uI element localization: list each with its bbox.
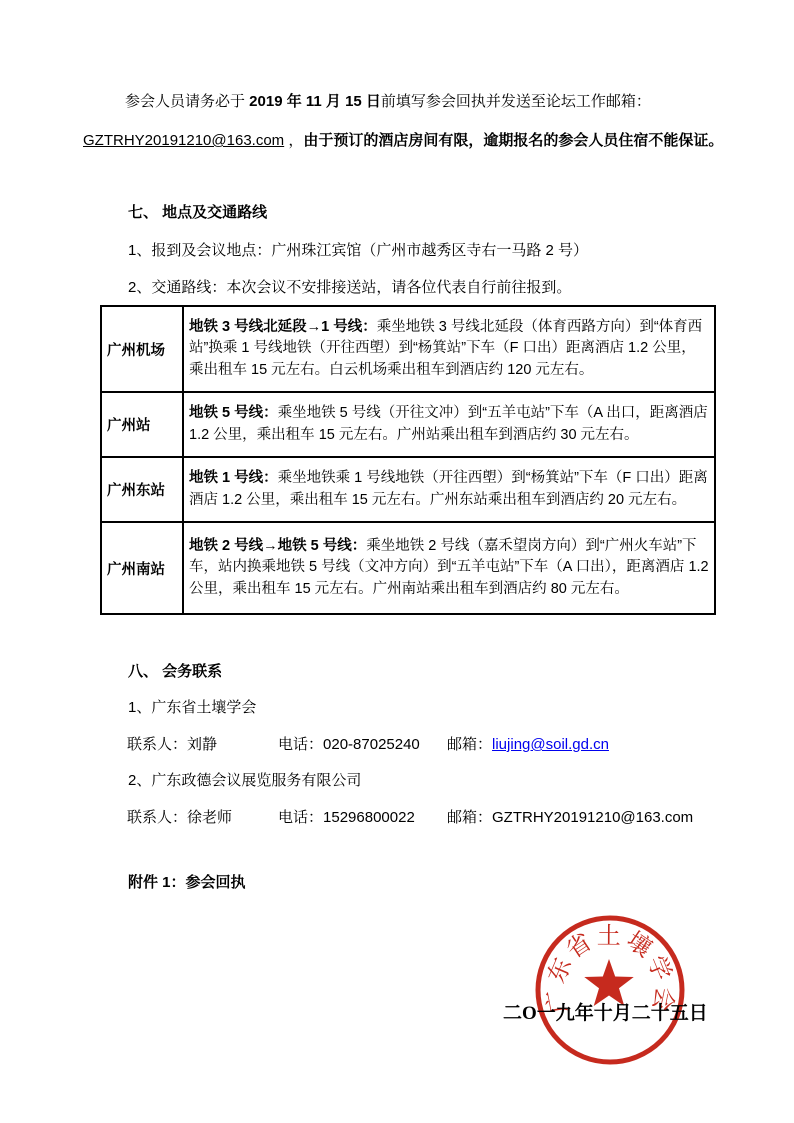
- route-line-name: 地铁 3 号线北延段→1 号线：: [189, 319, 377, 335]
- attachment-label: 附件 1：参会回执: [128, 871, 246, 892]
- intro-line-2: GZTRHY20191210@163.com ，由于预订的酒店房间有限，逾期报名…: [83, 129, 723, 150]
- contact-phone: 电话：15296800022: [278, 806, 447, 827]
- contact-name-label: 联系人：: [127, 809, 187, 826]
- station-cell: 广州东站: [101, 457, 183, 522]
- intro-line2-sep: ，: [284, 132, 303, 149]
- station-cell: 广州站: [101, 392, 183, 457]
- route-line-name: 地铁 5 号线：: [189, 405, 278, 421]
- contact-phone-value: 15296800022: [323, 809, 415, 826]
- document-date: 二O一九年十月二十五日: [503, 998, 708, 1025]
- contact-name-label: 联系人：: [127, 736, 187, 753]
- contact-phone-label: 电话：: [278, 809, 323, 826]
- intro-line1-pre: 参会人员请务必于: [125, 93, 249, 110]
- contact-row-2: 联系人：徐老师 电话：15296800022 邮箱：GZTRHY20191210…: [127, 806, 693, 827]
- route-cell: 地铁 3 号线北延段→1 号线：乘坐地铁 3 号线北延段（体育西路方向）到“体育…: [183, 306, 715, 392]
- contact-name-value: 徐老师: [187, 809, 232, 826]
- document-page: 参会人员请务必于 2019 年 11 月 15 日前填写参会回执并发送至论坛工作…: [0, 0, 794, 1123]
- contact-email: 邮箱：GZTRHY20191210@163.com: [447, 806, 693, 827]
- location-item: 1、报到及会议地点：广州珠江宾馆（广州市越秀区寺右一马路 2 号）: [128, 239, 588, 260]
- contact-phone: 电话：020-87025240: [278, 733, 447, 754]
- contact-phone-label: 电话：: [278, 736, 323, 753]
- intro-line1-post: 前填写参会回执并发送至论坛工作邮箱：: [381, 93, 651, 110]
- contact-email-link[interactable]: liujing@soil.gd.cn: [492, 736, 609, 753]
- contact-org-2: 2、广东政德会议展览服务有限公司: [128, 769, 361, 790]
- transport-item: 2、交通路线：本次会议不安排接送站，请各位代表自行前往报到。: [128, 276, 571, 297]
- intro-deadline-date: 2019 年 11 月 15 日: [249, 93, 381, 110]
- section-contact-heading: 八、 会务联系: [128, 660, 222, 681]
- contact-row-1: 联系人：刘静 电话：020-87025240 邮箱：liujing@soil.g…: [127, 733, 609, 754]
- contact-name: 联系人：刘静: [127, 733, 278, 754]
- contact-email-value: GZTRHY20191210@163.com: [492, 809, 693, 826]
- intro-line-1: 参会人员请务必于 2019 年 11 月 15 日前填写参会回执并发送至论坛工作…: [125, 90, 651, 111]
- intro-line2-note: 由于预订的酒店房间有限，逾期报名的参会人员住宿不能保证。: [303, 132, 723, 149]
- table-row-airport: 广州机场 地铁 3 号线北延段→1 号线：乘坐地铁 3 号线北延段（体育西路方向…: [101, 306, 715, 392]
- route-cell: 地铁 1 号线：乘坐地铁乘 1 号线地铁（开往西塱）到“杨箕站”下车（F 口出）…: [183, 457, 715, 522]
- contact-org-1: 1、广东省土壤学会: [128, 696, 256, 717]
- route-cell: 地铁 5 号线：乘坐地铁 5 号线（开往文冲）到“五羊屯站”下车（A 出口，距离…: [183, 392, 715, 457]
- contact-email-label: 邮箱：: [447, 736, 492, 753]
- section-location-heading: 七、 地点及交通路线: [128, 201, 267, 222]
- station-cell: 广州南站: [101, 522, 183, 614]
- contact-name-value: 刘静: [187, 736, 217, 753]
- contact-email: 邮箱：liujing@soil.gd.cn: [447, 733, 609, 754]
- table-row-south-station: 广州南站 地铁 2 号线→地铁 5 号线：乘坐地铁 2 号线（嘉禾望岗方向）到“…: [101, 522, 715, 614]
- table-row-east-station: 广州东站 地铁 1 号线：乘坐地铁乘 1 号线地铁（开往西塱）到“杨箕站”下车（…: [101, 457, 715, 522]
- contact-name: 联系人：徐老师: [127, 806, 278, 827]
- route-cell: 地铁 2 号线→地铁 5 号线：乘坐地铁 2 号线（嘉禾望岗方向）到“广州火车站…: [183, 522, 715, 614]
- contact-email-label: 邮箱：: [447, 809, 492, 826]
- forum-email: GZTRHY20191210@163.com: [83, 132, 284, 149]
- transport-table: 广州机场 地铁 3 号线北延段→1 号线：乘坐地铁 3 号线北延段（体育西路方向…: [100, 305, 716, 615]
- station-cell: 广州机场: [101, 306, 183, 392]
- route-line-name: 地铁 1 号线：: [189, 470, 278, 486]
- contact-phone-value: 020-87025240: [323, 736, 420, 753]
- official-seal: 广东省土壤学会: [525, 905, 695, 1075]
- table-row-gzstation: 广州站 地铁 5 号线：乘坐地铁 5 号线（开往文冲）到“五羊屯站”下车（A 出…: [101, 392, 715, 457]
- route-line-name: 地铁 2 号线→地铁 5 号线：: [189, 538, 366, 554]
